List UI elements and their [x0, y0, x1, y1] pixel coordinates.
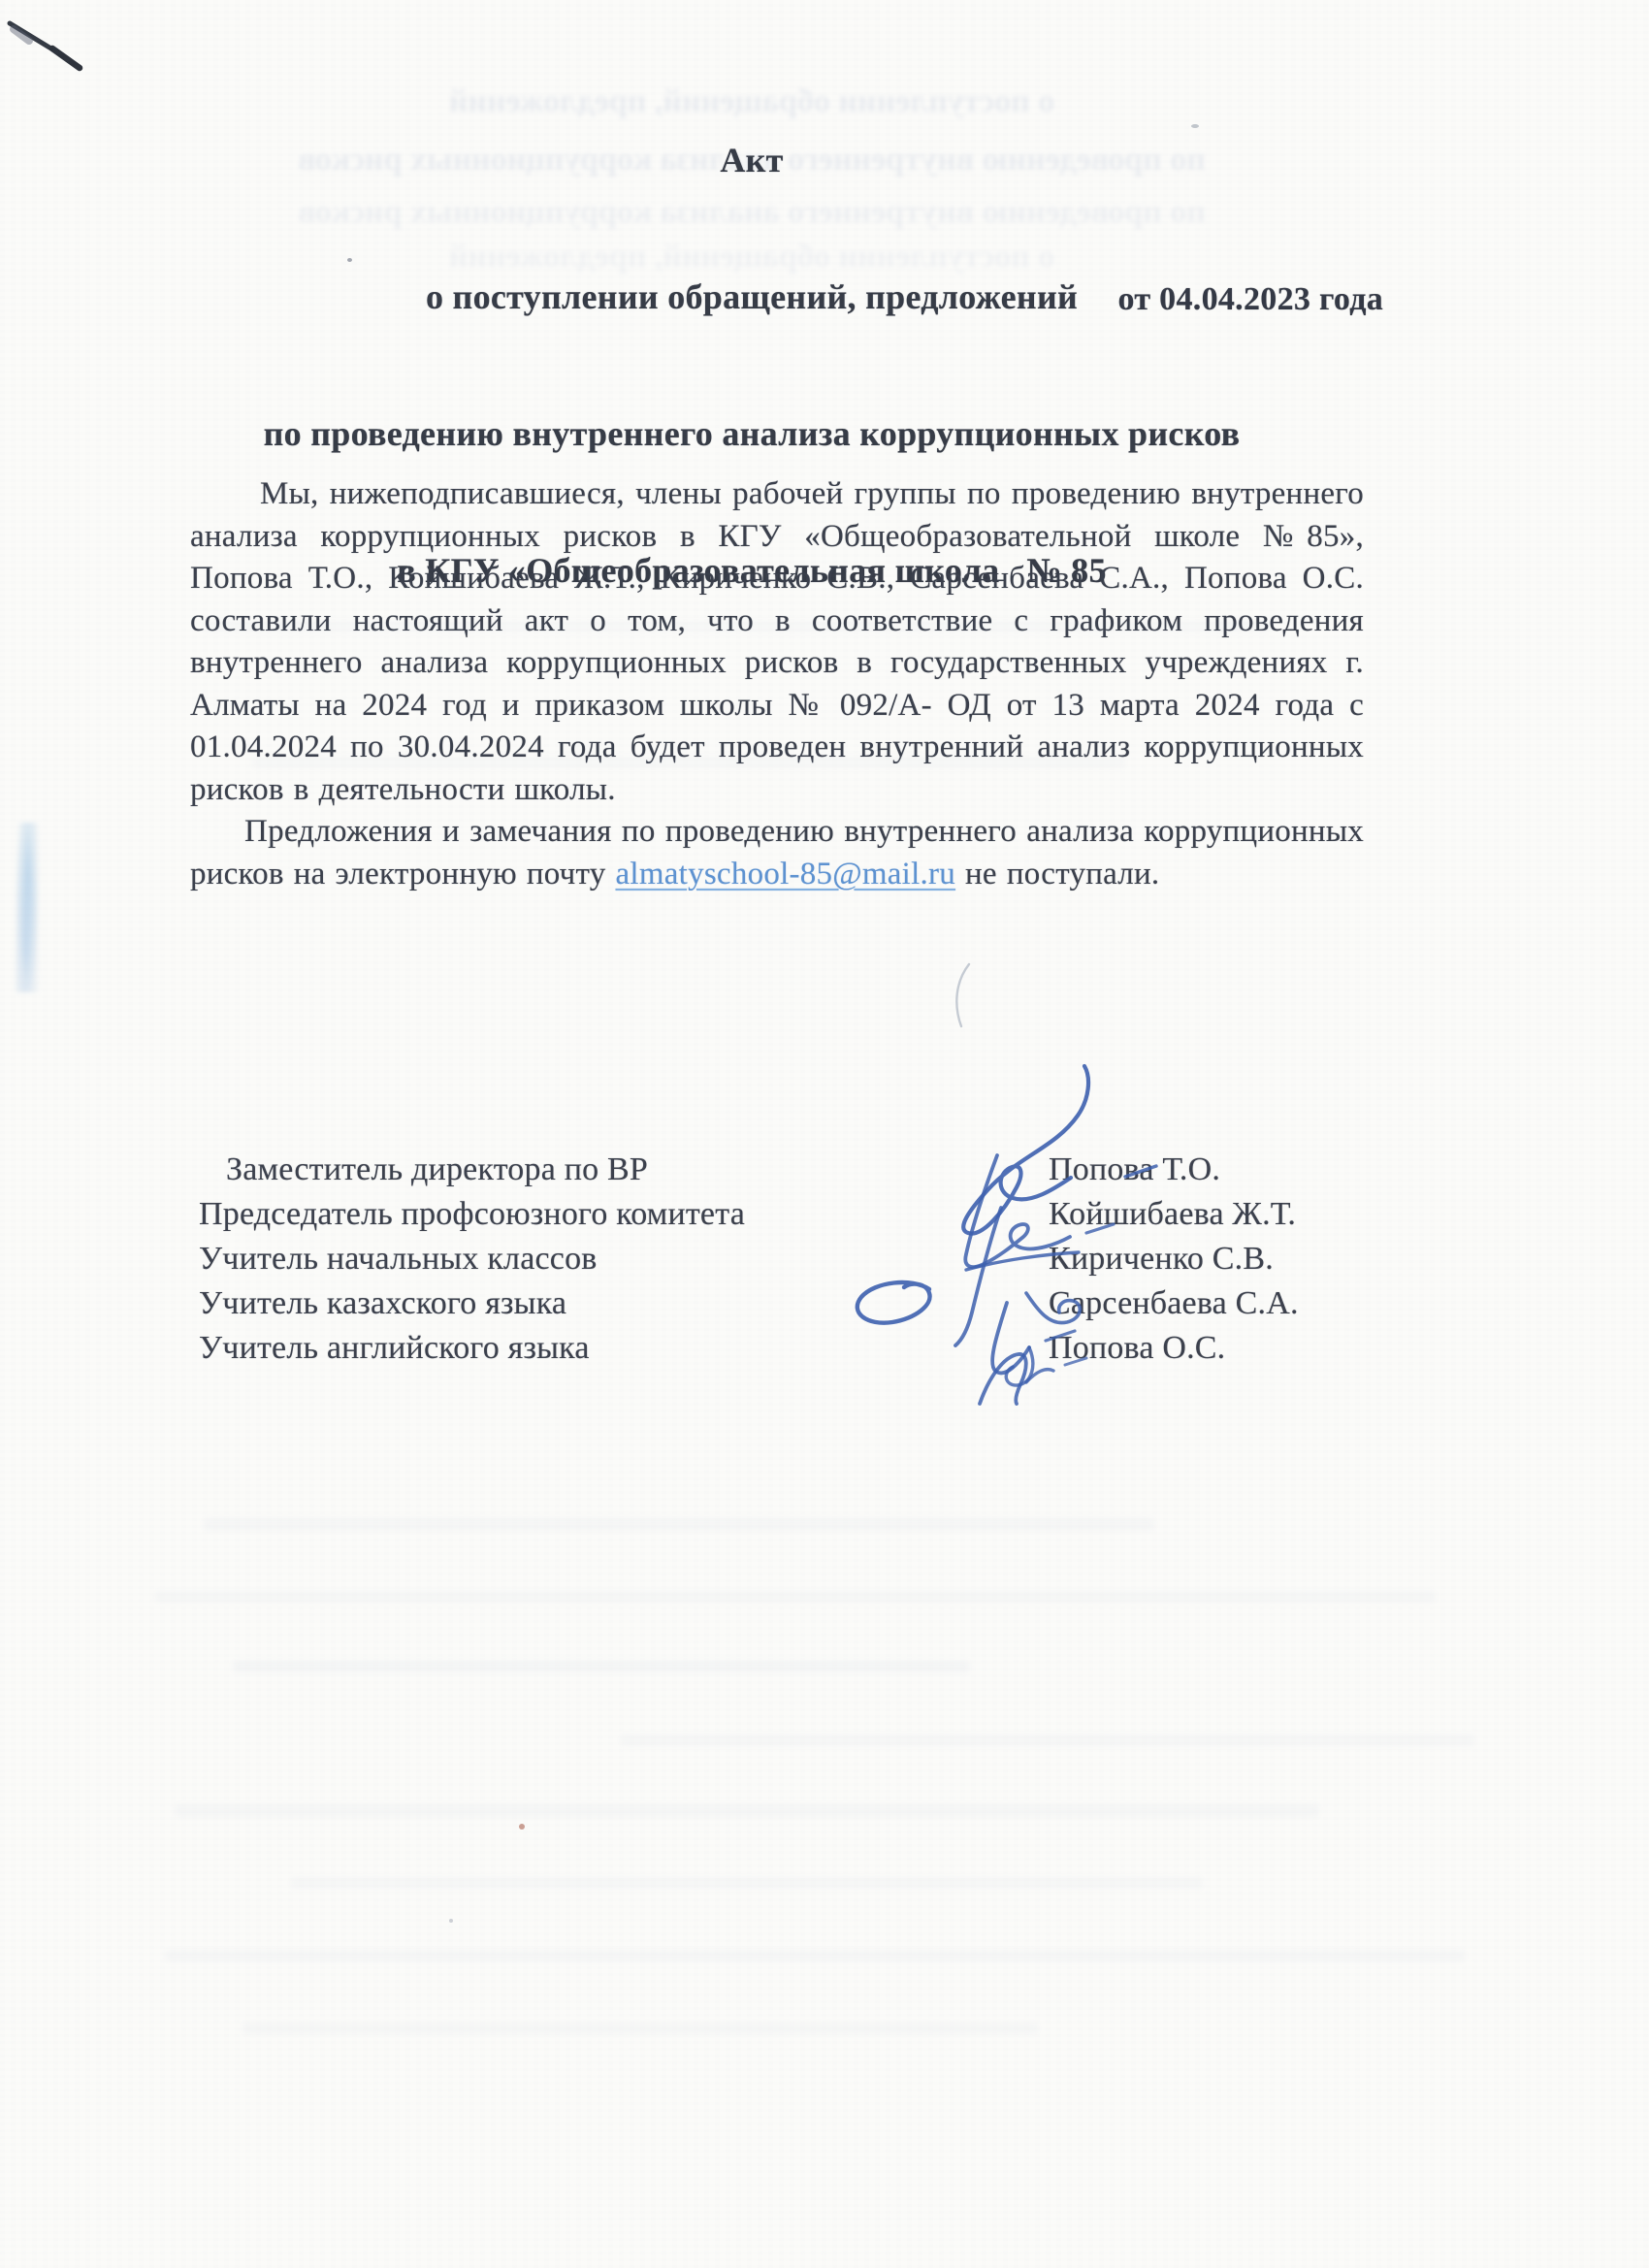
- signatory-row: Заместитель директора по ВР Попова Т.О.: [199, 1148, 1421, 1192]
- signatory-name: Кириченко С.В.: [1049, 1237, 1274, 1281]
- faint-pen-stroke: [946, 962, 975, 1030]
- signatory-row: Учитель казахского языка Сарсенбаева С.А…: [199, 1281, 1421, 1326]
- signatory-row: Учитель начальных классов Кириченко С.В.: [199, 1237, 1421, 1281]
- ghost-bleedthrough-bar: [291, 1877, 1203, 1889]
- ghost-bleedthrough-bar: [175, 1804, 1319, 1817]
- scanned-document-page: о поступлении обращений, предложений по …: [0, 0, 1649, 2268]
- signatory-row: Председатель профсоюзного комитета Койши…: [199, 1192, 1421, 1237]
- ghost-bleedthrough-bar: [233, 1661, 970, 1672]
- blue-ink-smudge: [16, 823, 41, 992]
- signatory-position: Учитель казахского языка: [199, 1285, 566, 1321]
- ghost-bleedthrough-bar: [155, 1591, 1436, 1603]
- signatory-position: Учитель начальных классов: [199, 1241, 598, 1277]
- signatory-name: Койшибаева Ж.Т.: [1049, 1192, 1296, 1237]
- signatory-position: Заместитель директора по ВР: [199, 1151, 648, 1187]
- signatory-row: Учитель английского языка Попова О.С.: [199, 1326, 1421, 1371]
- document-body: Мы, нижеподписавшиеся, члены рабочей гру…: [190, 473, 1364, 895]
- signatory-position: Учитель английского языка: [199, 1330, 590, 1366]
- scan-speck: [519, 1824, 525, 1830]
- paragraph-2-after-link: не поступали.: [955, 857, 1159, 891]
- paragraph-1: Мы, нижеподписавшиеся, члены рабочей гру…: [190, 473, 1364, 811]
- ghost-bleedthrough-bar: [621, 1734, 1474, 1746]
- ghost-bleedthrough-bar: [242, 2023, 1038, 2034]
- document-date: от 04.04.2023 года: [0, 281, 1383, 318]
- title-line-1: Акт: [82, 138, 1421, 183]
- ghost-bleedthrough-bar: [204, 1518, 1154, 1531]
- signature-block: Заместитель директора по ВР Попова Т.О. …: [199, 1148, 1421, 1371]
- signatory-name: Попова О.С.: [1049, 1326, 1225, 1371]
- ghost-bleedthrough-bar: [165, 1950, 1465, 1961]
- signatory-name: Попова Т.О.: [1049, 1148, 1220, 1192]
- email-link[interactable]: almatyschool-85@mail.ru: [616, 857, 955, 891]
- signatory-position: Председатель профсоюзного комитета: [199, 1196, 745, 1232]
- scan-speck: [449, 1919, 453, 1923]
- signatory-name: Сарсенбаева С.А.: [1049, 1281, 1299, 1326]
- title-line-3: по проведению внутреннего анализа корруп…: [82, 411, 1421, 457]
- paragraph-2: Предложения и замечания по проведению вн…: [190, 811, 1364, 895]
